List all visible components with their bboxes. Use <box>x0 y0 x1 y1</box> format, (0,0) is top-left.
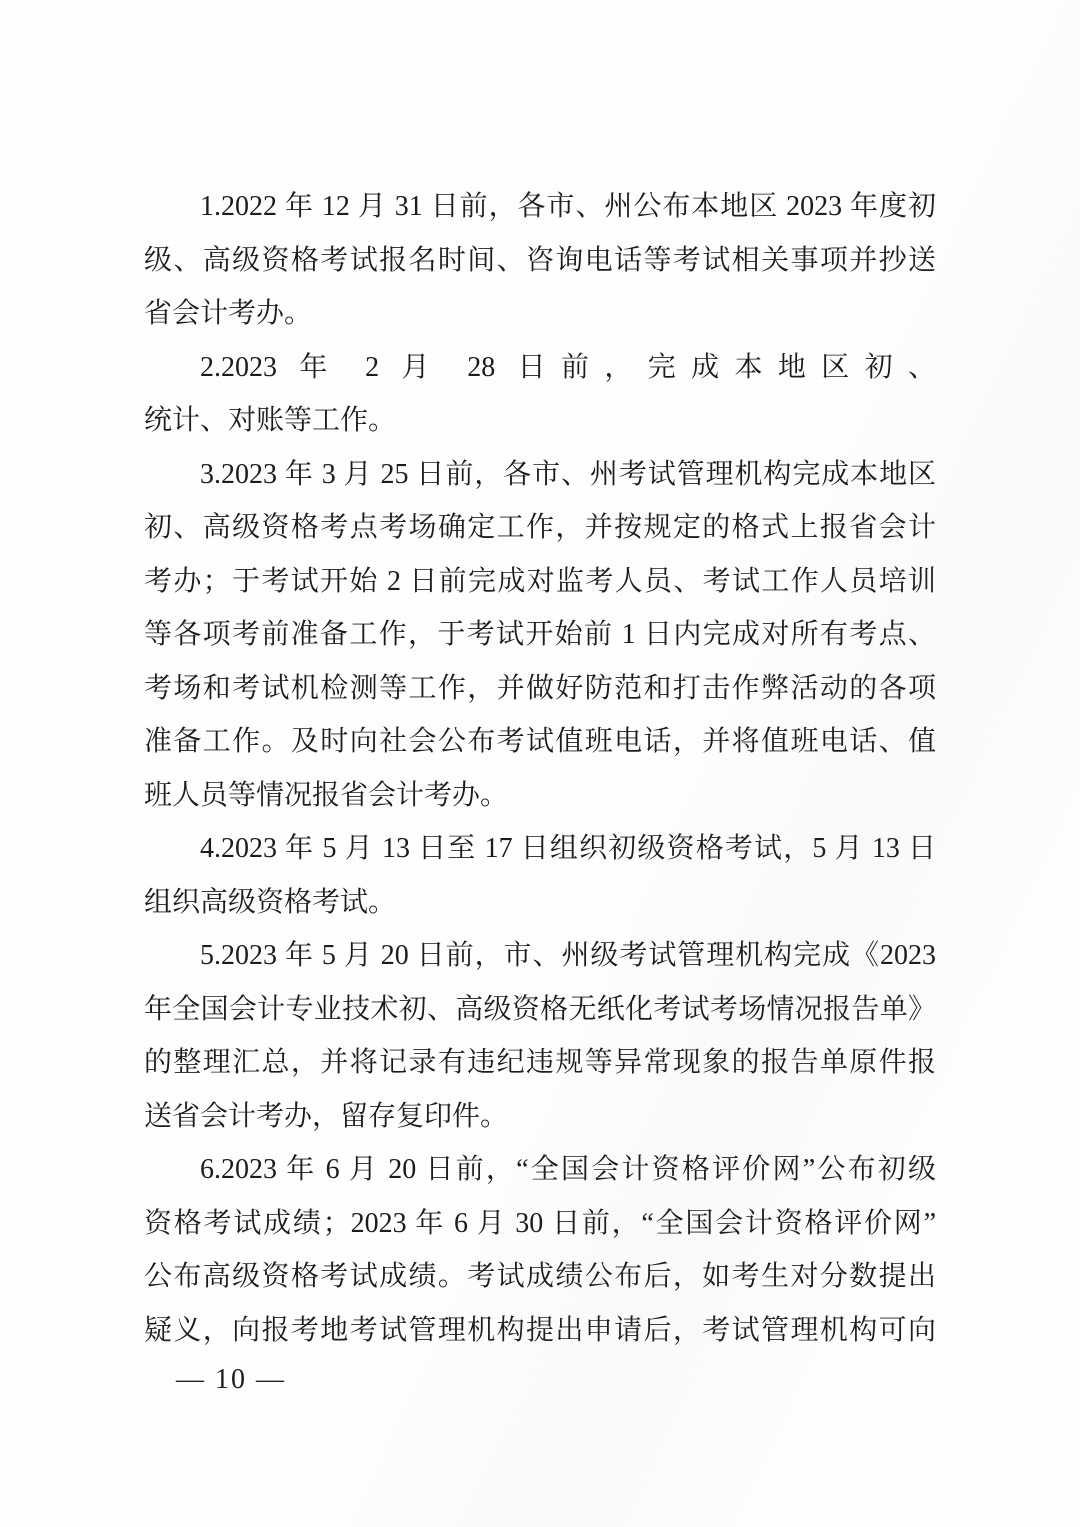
paragraph: 3.2023 年 3 月 25 日前，各市、州考试管理机构完成本地区初、高级资格… <box>144 448 936 823</box>
text-line: 2.2023 年 2 月 28 日前，完成本地区初、高级资格考试报名、 <box>144 341 936 395</box>
text-line: 考办；于考试开始 2 日前完成对监考人员、考试工作人员培训 <box>144 555 936 609</box>
paragraph: 2.2023 年 2 月 28 日前，完成本地区初、高级资格考试报名、统计、对账… <box>144 341 936 448</box>
text-line: 级、高级资格考试报名时间、咨询电话等考试相关事项并抄送 <box>144 234 936 288</box>
text-line: 统计、对账等工作。 <box>144 394 936 448</box>
text-line: 准备工作。及时向社会公布考试值班电话，并将值班电话、值 <box>144 715 936 769</box>
paragraph: 1.2022 年 12 月 31 日前，各市、州公布本地区 2023 年度初级、… <box>144 180 936 341</box>
text-line: 年全国会计专业技术初、高级资格无纸化考试考场情况报告单》 <box>144 983 936 1037</box>
text-line: 5.2023 年 5 月 20 日前，市、州级考试管理机构完成《2023 <box>144 929 936 983</box>
text-line: 送省会计考办，留存复印件。 <box>144 1090 936 1144</box>
text-line: 考场和考试机检测等工作，并做好防范和打击作弊活动的各项 <box>144 662 936 716</box>
text-line: 等各项考前准备工作，于考试开始前 1 日内完成对所有考点、 <box>144 608 936 662</box>
text-line: 省会计考办。 <box>144 287 936 341</box>
text-line: 4.2023 年 5 月 13 日至 17 日组织初级资格考试，5 月 13 日 <box>144 822 936 876</box>
paragraph: 4.2023 年 5 月 13 日至 17 日组织初级资格考试，5 月 13 日… <box>144 822 936 929</box>
document-page: 1.2022 年 12 月 31 日前，各市、州公布本地区 2023 年度初级、… <box>0 0 1080 1527</box>
text-line: 组织高级资格考试。 <box>144 876 936 930</box>
text-line: 疑义，向报考地考试管理机构提出申请后，考试管理机构可向 <box>144 1304 936 1358</box>
text-line: 3.2023 年 3 月 25 日前，各市、州考试管理机构完成本地区 <box>144 448 936 502</box>
document-body: 1.2022 年 12 月 31 日前，各市、州公布本地区 2023 年度初级、… <box>144 180 936 1357</box>
paragraph: 6.2023 年 6 月 20 日前，“全国会计资格评价网”公布初级资格考试成绩… <box>144 1143 936 1357</box>
text-line: 6.2023 年 6 月 20 日前，“全国会计资格评价网”公布初级 <box>144 1143 936 1197</box>
page-number: — 10 — <box>176 1363 286 1397</box>
text-line: 的整理汇总，并将记录有违纪违规等异常现象的报告单原件报 <box>144 1036 936 1090</box>
paragraph: 5.2023 年 5 月 20 日前，市、州级考试管理机构完成《2023年全国会… <box>144 929 936 1143</box>
text-line: 班人员等情况报省会计考办。 <box>144 769 936 823</box>
text-line: 资格考试成绩；2023 年 6 月 30 日前，“全国会计资格评价网” <box>144 1197 936 1251</box>
text-line: 1.2022 年 12 月 31 日前，各市、州公布本地区 2023 年度初 <box>144 180 936 234</box>
text-line: 初、高级资格考点考场确定工作，并按规定的格式上报省会计 <box>144 501 936 555</box>
text-line: 公布高级资格考试成绩。考试成绩公布后，如考生对分数提出 <box>144 1250 936 1304</box>
